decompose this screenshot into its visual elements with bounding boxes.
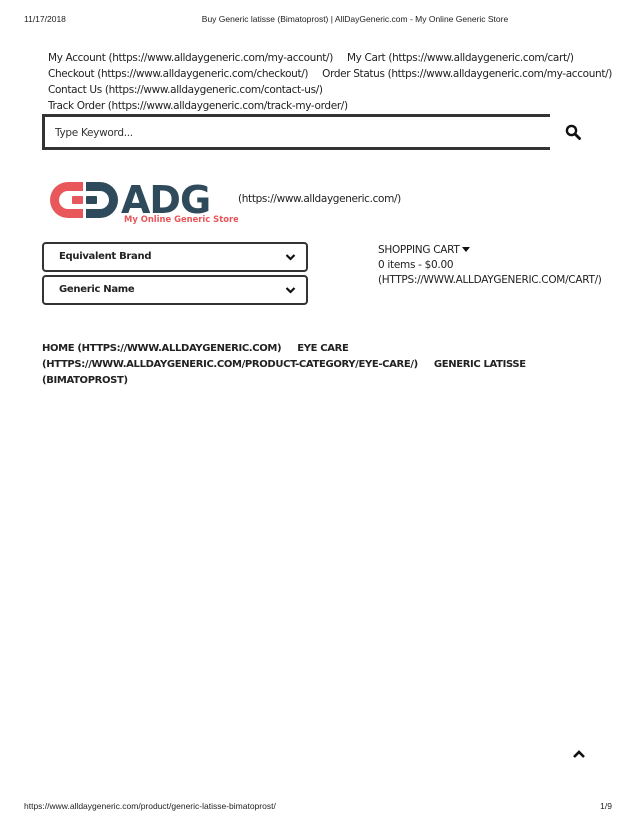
generic-name-dropdown[interactable]: Generic Name <box>42 275 308 305</box>
print-header: 11/17/2018 Buy Generic latisse (Bimatopr… <box>0 14 640 26</box>
search-input[interactable] <box>55 125 515 141</box>
chevron-down-icon <box>285 252 296 262</box>
breadcrumb: HOME (HTTPS://WWW.ALLDAYGENERIC.COM)EYE … <box>42 341 582 389</box>
page-number: 1/9 <box>600 801 612 811</box>
svg-text:My Online Generic Store: My Online Generic Store <box>124 214 238 224</box>
breadcrumb-home[interactable]: HOME (HTTPS://WWW.ALLDAYGENERIC.COM) <box>42 343 281 354</box>
print-url: https://www.alldaygeneric.com/product/ge… <box>24 801 276 811</box>
checkout-link[interactable]: Checkout (https://www.alldaygeneric.com/… <box>48 68 308 80</box>
shopping-cart-toggle[interactable]: SHOPPING CART <box>378 243 602 258</box>
shopping-cart: SHOPPING CART 0 items - $0.00 (HTTPS://W… <box>378 243 602 288</box>
logo-graphic: ADG My Online Generic Store <box>48 178 238 224</box>
track-order-link[interactable]: Track Order (https://www.alldaygeneric.c… <box>48 100 348 112</box>
search-button[interactable] <box>565 124 581 140</box>
cart-link[interactable]: (HTTPS://WWW.ALLDAYGENERIC.COM/CART/) <box>378 274 602 286</box>
equivalent-brand-dropdown[interactable]: Equivalent Brand <box>42 242 308 272</box>
equivalent-brand-label: Equivalent Brand <box>59 251 151 262</box>
search-icon <box>565 124 581 140</box>
shopping-cart-title: SHOPPING CART <box>378 244 459 256</box>
order-status-link[interactable]: Order Status (https://www.alldaygeneric.… <box>322 68 612 80</box>
logo-url-link[interactable]: (https://www.alldaygeneric.com/) <box>238 193 401 205</box>
top-links: My Account (https://www.alldaygeneric.co… <box>48 50 608 114</box>
my-cart-link[interactable]: My Cart (https://www.alldaygeneric.com/c… <box>347 52 574 64</box>
chevron-down-icon <box>285 285 296 295</box>
contact-us-link[interactable]: Contact Us (https://www.alldaygeneric.co… <box>48 84 323 96</box>
back-to-top-button[interactable] <box>572 744 586 754</box>
cart-summary: 0 items - $0.00 <box>378 258 602 273</box>
generic-name-label: Generic Name <box>59 284 134 295</box>
site-logo[interactable]: ADG My Online Generic Store <box>48 178 238 224</box>
my-account-link[interactable]: My Account (https://www.alldaygeneric.co… <box>48 52 333 64</box>
caret-down-icon <box>462 247 470 253</box>
chevron-up-icon <box>572 749 586 759</box>
search-box <box>42 114 550 150</box>
print-footer: https://www.alldaygeneric.com/product/ge… <box>0 801 640 813</box>
print-page-title: Buy Generic latisse (Bimatoprost) | AllD… <box>0 14 640 24</box>
